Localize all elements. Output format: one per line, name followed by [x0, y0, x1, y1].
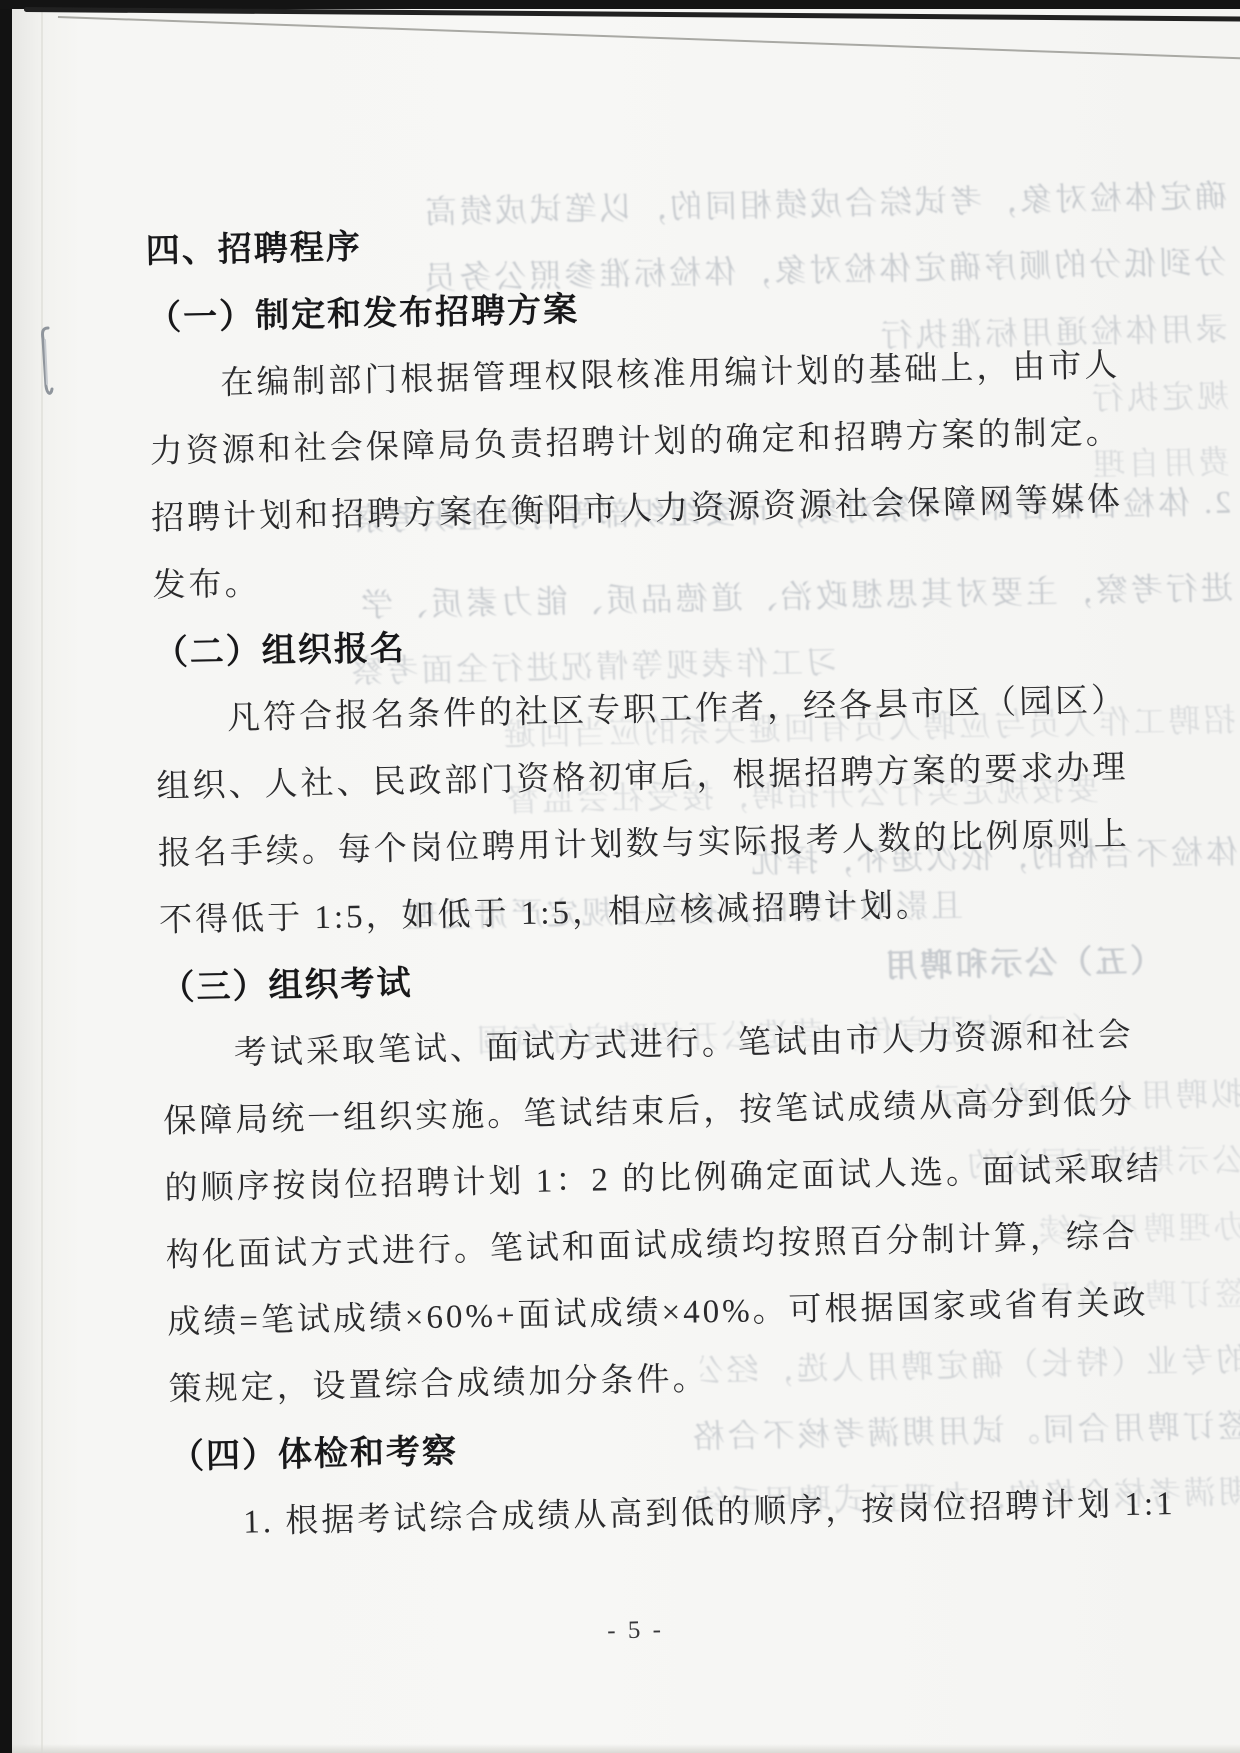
scanned-document-page: 确定体检对象，考试综合成绩相同的，以笔试成绩高 分到低分的顺序确定体检对象，体检…	[0, 0, 1240, 1753]
bottom-page-edge	[12, 1744, 1240, 1753]
binding-edge	[0, 0, 12, 1753]
text-column: 四、招聘程序 （一）制定和发布招聘方案 在编制部门根据管理权限核准用编计划的基础…	[145, 199, 1162, 1559]
staple-icon	[36, 324, 58, 407]
printed-content: 确定体检对象，考试综合成绩相同的，以笔试成绩高 分到低分的顺序确定体检对象，体检…	[0, 0, 1240, 1753]
